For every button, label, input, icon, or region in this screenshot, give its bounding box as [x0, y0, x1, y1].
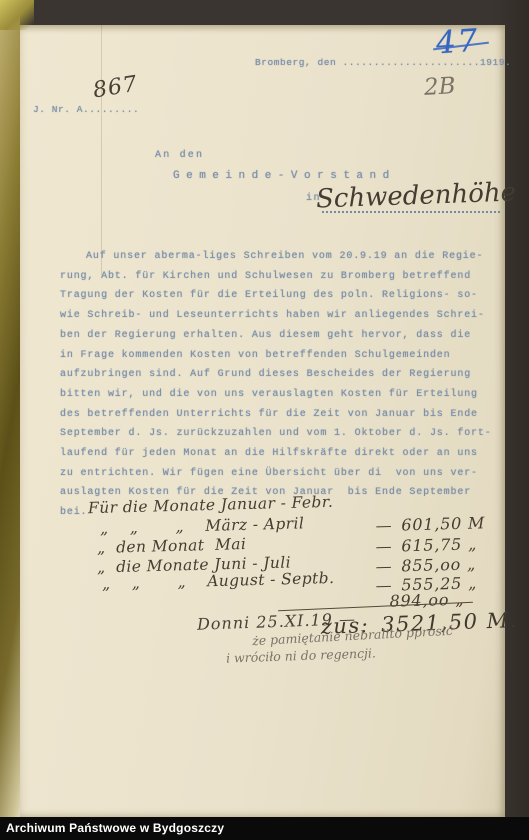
pencil-page-mark: 2B	[423, 73, 456, 101]
book-binding-corner	[0, 0, 34, 30]
body-line: bitten wir, und die von uns verauslagten…	[60, 385, 484, 405]
recipient-salutation: An den	[155, 150, 204, 161]
body-line: wie Schreib- und Leseunterrichts haben w…	[60, 306, 484, 326]
body-paragraph: Auf unser aberma-liges Schreiben vom 20.…	[60, 247, 484, 523]
body-line: ben der Regierung erhalten. Aus diesem g…	[60, 326, 484, 346]
body-line: in Frage kommenden Kosten von betreffend…	[60, 346, 484, 366]
body-line: laufend für jeden Monat an die Hilfskräf…	[60, 444, 484, 464]
page-number-annotation: 47	[435, 23, 481, 62]
recipient-name: Gemeinde-Vorstand	[173, 170, 396, 182]
body-line: Tragung der Kosten für die Erteilung des…	[60, 286, 484, 306]
body-line: zu entrichten. Wir fügen eine Übersicht …	[60, 464, 484, 484]
book-binding-edge	[0, 0, 20, 817]
archive-watermark-bar: Archiwum Państwowe w Bydgoszczy	[0, 817, 529, 840]
paper-crease	[101, 25, 102, 275]
body-line: des betreffenden Unterrichts für die Zei…	[60, 405, 484, 425]
body-line: Auf unser aberma-liges Schreiben vom 20.…	[60, 247, 484, 267]
journal-number-label: J. Nr. A.........	[33, 104, 139, 115]
archive-watermark-label: Archiwum Państwowe w Bydgoszczy	[0, 817, 529, 840]
scanned-document-page: Bromberg, den ......................1919…	[0, 0, 529, 840]
body-line: rung, Abt. für Kirchen und Schulwesen zu…	[60, 267, 484, 287]
body-line: aufzubringen sind. Auf Grund dieses Besc…	[60, 365, 484, 385]
body-line: September d. Js. zurückzuzahlen und vom …	[60, 424, 484, 444]
recipient-place-dotted-underline	[322, 211, 500, 213]
